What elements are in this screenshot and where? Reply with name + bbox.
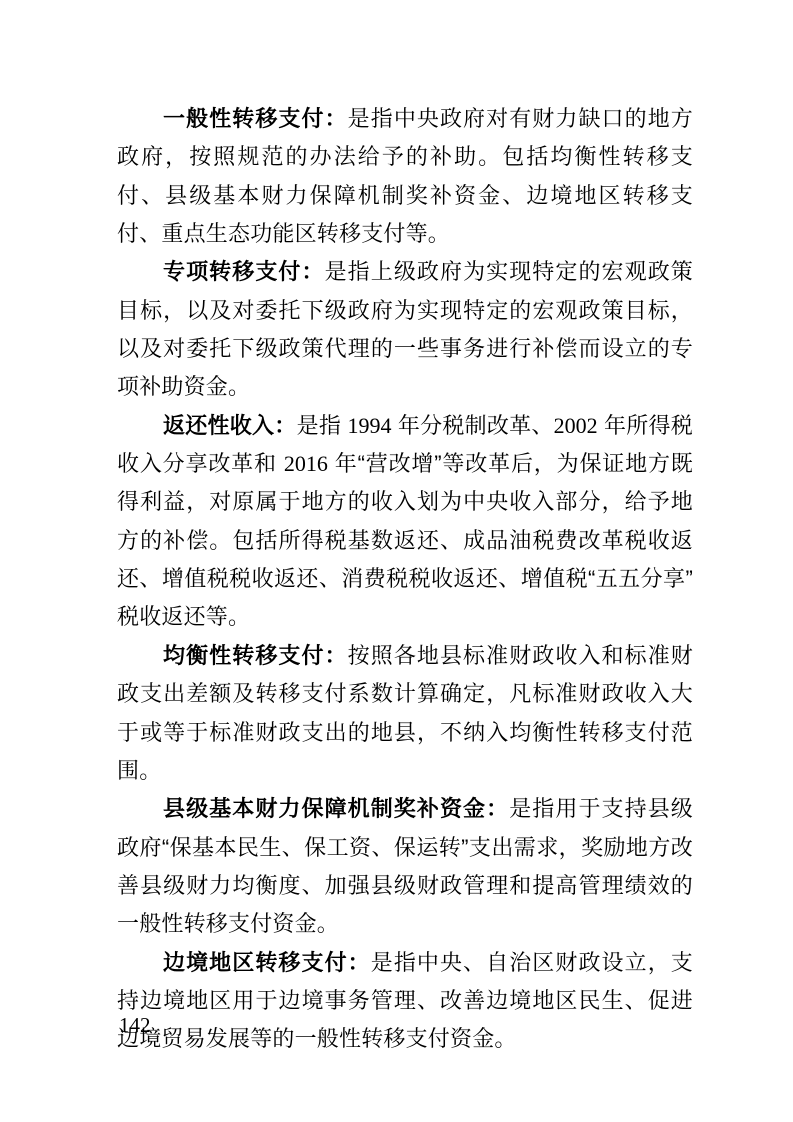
- paragraph-rebate-revenue: 返还性收入：是指 1994 年分税制改革、2002 年所得税收入分享改革和 20…: [117, 407, 693, 637]
- term-county-basic-financial-guarantee: 县级基本财力保障机制奖补资金：: [163, 796, 509, 821]
- year-2016: 2016: [284, 451, 328, 476]
- document-page: 一般性转移支付：是指中央政府对有财力缺口的地方政府，按照规范的办法给予的补助。包…: [0, 0, 793, 1122]
- term-border-area-transfer-payment: 边境地区转移支付：: [163, 950, 371, 975]
- paragraph-county-basic-financial-guarantee: 县级基本财力保障机制奖补资金：是指用于支持县级政府“保基本民生、保工资、保运转”…: [117, 790, 693, 943]
- year-2002: 2002: [554, 413, 598, 438]
- paragraph-general-transfer-payment: 一般性转移支付：是指中央政府对有财力缺口的地方政府，按照规范的办法给予的补助。包…: [117, 100, 693, 253]
- year-1994: 1994: [347, 413, 391, 438]
- term-equalization-transfer-payment: 均衡性转移支付：: [163, 643, 348, 668]
- paragraph-equalization-transfer-payment: 均衡性转移支付：按照各地县标准财政收入和标准财政支出差额及转移支付系数计算确定，…: [117, 637, 693, 790]
- term-rebate-revenue: 返还性收入：: [163, 413, 297, 438]
- definition-rebate-revenue-part2: 年分税制改革、: [391, 413, 553, 438]
- term-general-transfer-payment: 一般性转移支付：: [163, 106, 348, 131]
- page-number: 142: [119, 1012, 151, 1038]
- paragraph-border-area-transfer-payment: 边境地区转移支付：是指中央、自治区财政设立，支持边境地区用于边境事务管理、改善边…: [117, 944, 693, 1059]
- paragraph-special-transfer-payment: 专项转移支付：是指上级政府为实现特定的宏观政策目标，以及对委托下级政府为实现特定…: [117, 253, 693, 406]
- glossary-text-block: 一般性转移支付：是指中央政府对有财力缺口的地方政府，按照规范的办法给予的补助。包…: [117, 100, 693, 1059]
- definition-rebate-revenue-part4: 年“营改增”等改革后，为保证地方既得利益，对原属于地方的收入划为中央收入部分，给…: [117, 451, 693, 629]
- definition-rebate-revenue-part1: 是指: [297, 413, 348, 438]
- term-special-transfer-payment: 专项转移支付：: [163, 259, 325, 284]
